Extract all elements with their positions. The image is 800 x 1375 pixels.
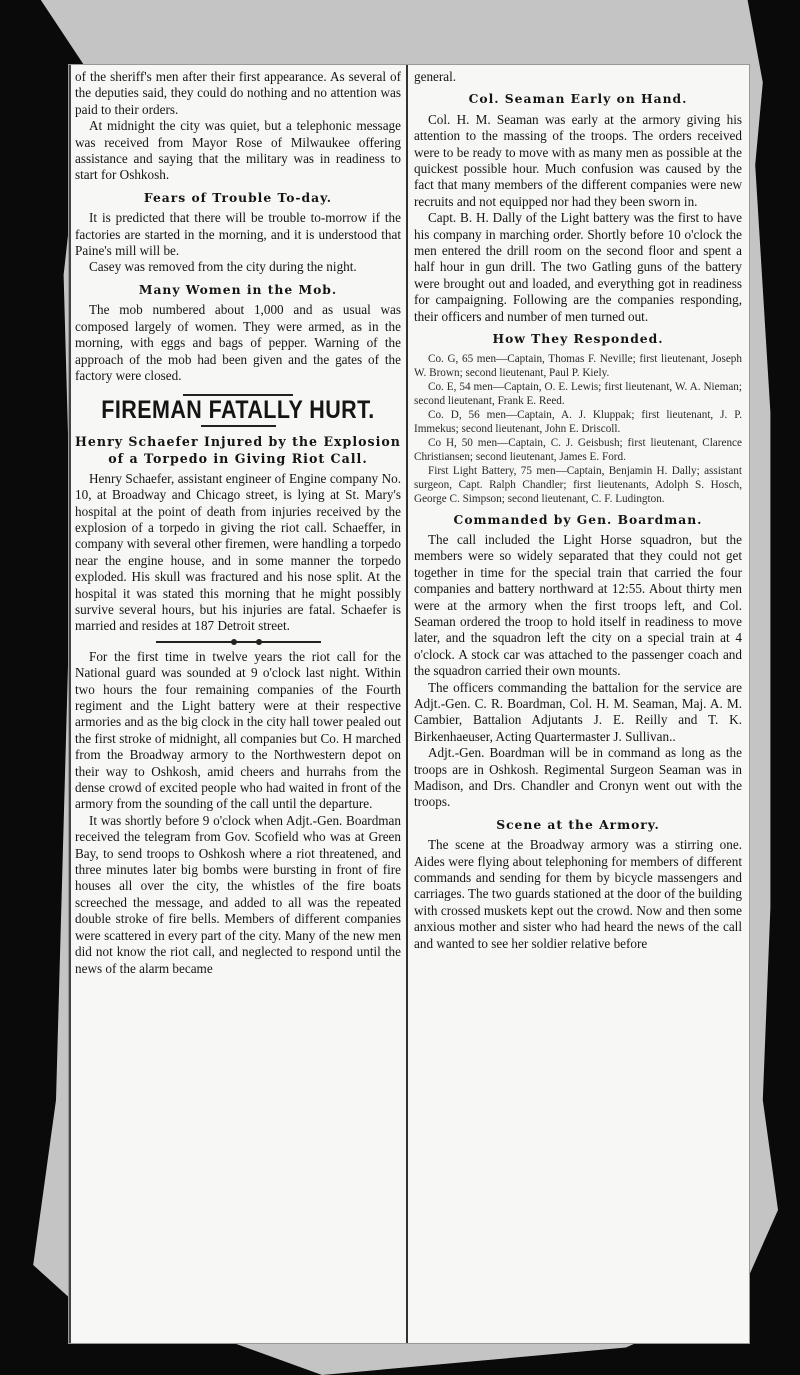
- roster-entry: Co. E, 54 men—Captain, O. E. Lewis; firs…: [414, 380, 742, 408]
- company-roster: Co. G, 65 men—Captain, Thomas F. Neville…: [414, 352, 742, 506]
- paragraph: Capt. B. H. Dally of the Light battery w…: [414, 210, 742, 325]
- paragraph: The scene at the Broadway armory was a s…: [414, 837, 742, 952]
- roster-entry: Co H, 50 men—Captain, C. J. Geisbush; fi…: [414, 436, 742, 464]
- right-column: general. Col. Seaman Early on Hand. Col.…: [414, 69, 742, 952]
- paragraph: Henry Schaefer, assistant engineer of En…: [75, 471, 401, 635]
- roster-entry: Co. G, 65 men—Captain, Thomas F. Neville…: [414, 352, 742, 380]
- paragraph: For the first time in twelve years the r…: [75, 649, 401, 813]
- roster-entry: First Light Battery, 75 men—Captain, Ben…: [414, 464, 742, 506]
- paragraph: At midnight the city was quiet, but a te…: [75, 118, 401, 184]
- dotted-rule: [156, 641, 321, 643]
- paragraph: The call included the Light Horse squadr…: [414, 532, 742, 680]
- paragraph: The mob numbered about 1,000 and as usua…: [75, 302, 401, 384]
- subheading: How They Responded.: [414, 331, 742, 347]
- paragraph: It is predicted that there will be troub…: [75, 210, 401, 259]
- paragraph: Casey was removed from the city during t…: [75, 259, 401, 275]
- paragraph: Adjt.-Gen. Boardman will be in command a…: [414, 745, 742, 811]
- column-divider: [406, 65, 408, 1343]
- paragraph: of the sheriff's men after their first a…: [75, 69, 401, 118]
- headline-rule: [201, 425, 276, 427]
- subheading: Scene at the Armory.: [414, 817, 742, 833]
- newspaper-clipping: of the sheriff's men after their first a…: [68, 64, 750, 1344]
- paragraph: The officers commanding the battalion fo…: [414, 680, 742, 746]
- deck-heading: Henry Schaefer Injured by the Explosion …: [75, 433, 401, 467]
- left-border-rule: [69, 65, 71, 1343]
- roster-entry: Co. D, 56 men—Captain, A. J. Kluppak; fi…: [414, 408, 742, 436]
- subheading: Col. Seaman Early on Hand.: [414, 91, 742, 107]
- subheading: Commanded by Gen. Boardman.: [414, 512, 742, 528]
- paragraph: Col. H. M. Seaman was early at the armor…: [414, 112, 742, 210]
- headline: FIREMAN FATALLY HURT.: [98, 402, 378, 418]
- subheading: Fears of Trouble To-day.: [75, 190, 401, 206]
- paragraph: general.: [414, 69, 742, 85]
- paragraph: It was shortly before 9 o'clock when Adj…: [75, 813, 401, 977]
- subheading: Many Women in the Mob.: [75, 282, 401, 298]
- left-column: of the sheriff's men after their first a…: [75, 69, 401, 977]
